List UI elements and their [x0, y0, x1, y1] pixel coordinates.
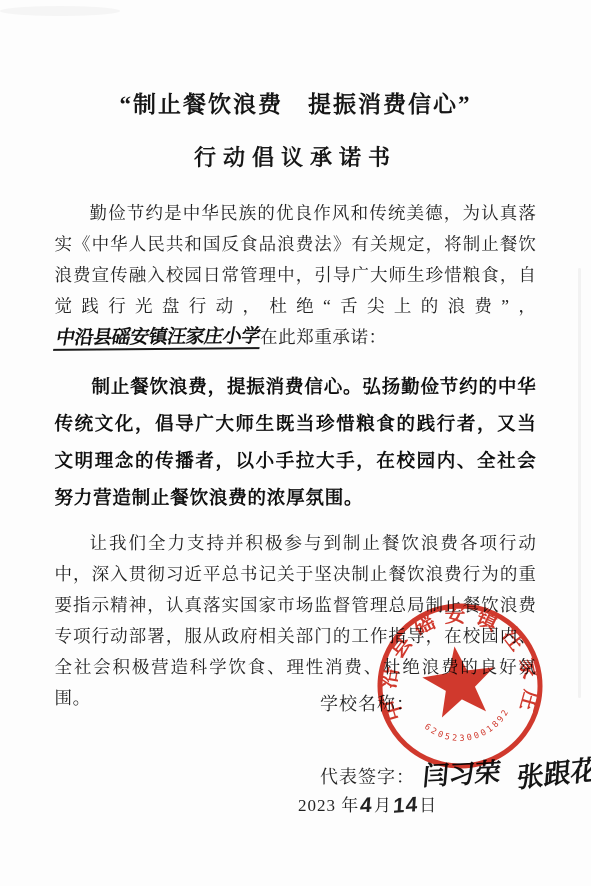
paragraph-pledge: 制止餐饮浪费，提振消费信心。弘扬勤俭节约的中华传统文化，倡导广大师生既当珍惜粮食…: [55, 368, 537, 516]
school-name-label: 学校名称：: [320, 694, 415, 714]
signature-1: 闫习荣: [421, 752, 502, 793]
signature-2: 张跟花: [516, 748, 591, 796]
document-page: “制止餐饮浪费 提振消费信心” 行动倡议承诺书 勤俭节约是中华民族的优良作风和传…: [0, 0, 591, 886]
date: 2023 年4月14日: [298, 791, 437, 817]
date-day-unit: 日: [419, 796, 437, 815]
paragraph-action: 让我们全力支持并积极参与到制止餐饮浪费各项行动中，深入贯彻习近平总书记关于坚决制…: [55, 528, 537, 714]
scan-artifact-top: [0, 6, 120, 16]
date-month-unit: 月: [374, 796, 392, 815]
paragraph-intro-tail: 在此郑重承诺：: [260, 327, 387, 347]
document-title-line1: “制止餐饮浪费 提振消费信心”: [0, 86, 591, 119]
scan-artifact-right: [578, 268, 581, 698]
date-day-handwritten: 14: [392, 793, 419, 819]
school-name-row: 学校名称：: [320, 690, 415, 716]
document-title-line2: 行动倡议承诺书: [0, 141, 591, 172]
representative-signature-row: 代表签字：闫习荣张跟花: [320, 752, 591, 791]
paragraph-intro-lead: 勤俭节约是中华民族的优良作风和传统美德，为认真落实《中华人民共和国反食品浪费法》…: [55, 203, 537, 316]
handwritten-school-name: 中沿县磘安镇汪家庄小学: [53, 327, 263, 351]
paragraph-intro: 勤俭节约是中华民族的优良作风和传统美德，为认真落实《中华人民共和国反食品浪费法》…: [55, 198, 537, 353]
document-body: 勤俭节约是中华民族的优良作风和传统美德，为认真落实《中华人民共和国反食品浪费法》…: [55, 198, 537, 714]
date-month-handwritten: 4: [359, 793, 373, 818]
representative-signature-label: 代表签字：: [320, 767, 415, 787]
date-year: 2023 年: [298, 796, 359, 815]
